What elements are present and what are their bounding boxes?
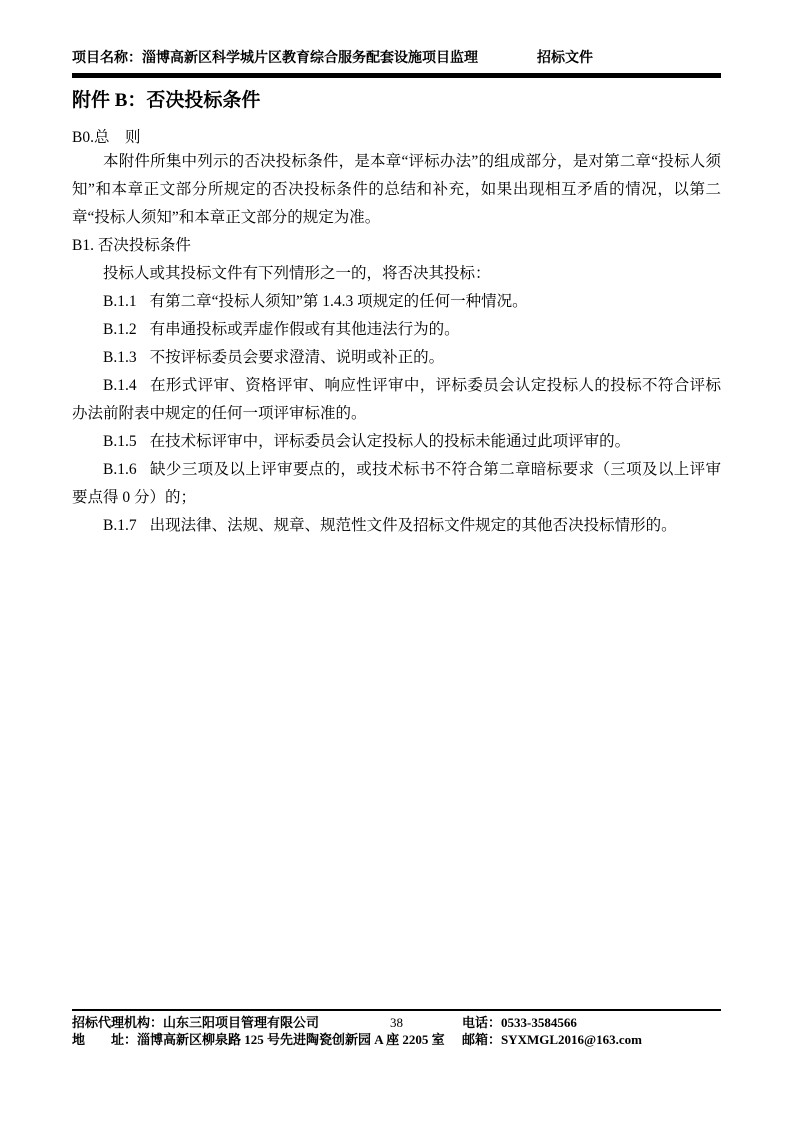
footer-phone: 电话：0533-3584566 <box>462 1014 577 1031</box>
document-body: 附件 B：否决投标条件 B0.总 则 本附件所集中列示的否决投标条件，是本章“评… <box>72 88 721 540</box>
footer-email: 邮箱：SYXMGL2016@163.com <box>462 1031 642 1048</box>
document-page: 项目名称：淄博高新区科学城片区教育综合服务配套设施项目监理 招标文件 附件 B：… <box>0 0 793 1122</box>
clause-item: B.1.2有串通投标或弄虚作假或有其他违法行为的。 <box>72 316 721 344</box>
section-b1-heading: B1. 否决投标条件 <box>72 232 721 260</box>
page-header: 项目名称：淄博高新区科学城片区教育综合服务配套设施项目监理 招标文件 <box>72 50 721 78</box>
clause-label: B.1.1 <box>103 293 137 310</box>
page-footer: 招标代理机构：山东三阳项目管理有限公司 38 电话：0533-3584566 地… <box>72 1009 721 1048</box>
header-double-rule <box>72 73 721 78</box>
page-title: 附件 B：否决投标条件 <box>72 88 721 114</box>
clause-item: B.1.5在技术标评审中，评标委员会认定投标人的投标未能通过此项评审的。 <box>72 428 721 456</box>
clause-text: 有第二章“投标人须知”第 1.4.3 项规定的任何一种情况。 <box>150 293 528 310</box>
page-header-row: 项目名称：淄博高新区科学城片区教育综合服务配套设施项目监理 招标文件 <box>72 50 721 68</box>
page-number: 38 <box>390 1014 403 1031</box>
header-project-name: 项目名称：淄博高新区科学城片区教育综合服务配套设施项目监理 <box>72 51 478 66</box>
clause-text: 在技术标评审中，评标委员会认定投标人的投标未能通过此项评审的。 <box>150 433 631 450</box>
header-doc-type: 招标文件 <box>537 50 593 68</box>
clause-item: B.1.4在形式评审、资格评审、响应性评审中，评标委员会认定投标人的投标不符合评… <box>72 372 721 428</box>
clause-text: 在形式评审、资格评审、响应性评审中，评标委员会认定投标人的投标不符合评标办法前附… <box>72 377 721 422</box>
clause-text: 出现法律、法规、规章、规范性文件及招标文件规定的其他否决投标情形的。 <box>150 517 677 534</box>
section-b0-heading: B0.总 则 <box>72 128 721 148</box>
clause-label: B.1.2 <box>103 321 137 338</box>
footer-row-1: 招标代理机构：山东三阳项目管理有限公司 38 电话：0533-3584566 <box>72 1014 721 1031</box>
paragraph-b1-intro: 投标人或其投标文件有下列情形之一的，将否决其投标： <box>72 260 721 288</box>
clause-label: B.1.3 <box>103 349 137 366</box>
clause-label: B.1.4 <box>103 377 137 394</box>
footer-address: 地 址：淄博高新区柳泉路 125 号先进陶瓷创新园 A 座 2205 室 <box>72 1032 445 1047</box>
clause-text: 不按评标委员会要求澄清、说明或补正的。 <box>150 349 445 366</box>
clause-item: B.1.7出现法律、法规、规章、规范性文件及招标文件规定的其他否决投标情形的。 <box>72 512 721 540</box>
clause-text: 有串通投标或弄虚作假或有其他违法行为的。 <box>150 321 460 338</box>
footer-agency: 招标代理机构：山东三阳项目管理有限公司 <box>72 1015 319 1030</box>
section-b0-body: 本附件所集中列示的否决投标条件，是本章“评标办法”的组成部分，是对第二章“投标人… <box>72 148 721 540</box>
clause-label: B.1.7 <box>103 517 137 534</box>
clause-item: B.1.6缺少三项及以上评审要点的，或技术标书不符合第二章暗标要求（三项及以上评… <box>72 456 721 512</box>
clause-text: 缺少三项及以上评审要点的，或技术标书不符合第二章暗标要求（三项及以上评审要点得 … <box>72 461 721 506</box>
footer-row-2: 地 址：淄博高新区柳泉路 125 号先进陶瓷创新园 A 座 2205 室 邮箱：… <box>72 1031 721 1048</box>
clause-item: B.1.3不按评标委员会要求澄清、说明或补正的。 <box>72 344 721 372</box>
clause-item: B.1.1有第二章“投标人须知”第 1.4.3 项规定的任何一种情况。 <box>72 288 721 316</box>
clause-label: B.1.5 <box>103 433 137 450</box>
clause-label: B.1.6 <box>103 461 137 478</box>
paragraph-b0: 本附件所集中列示的否决投标条件，是本章“评标办法”的组成部分，是对第二章“投标人… <box>72 148 721 232</box>
